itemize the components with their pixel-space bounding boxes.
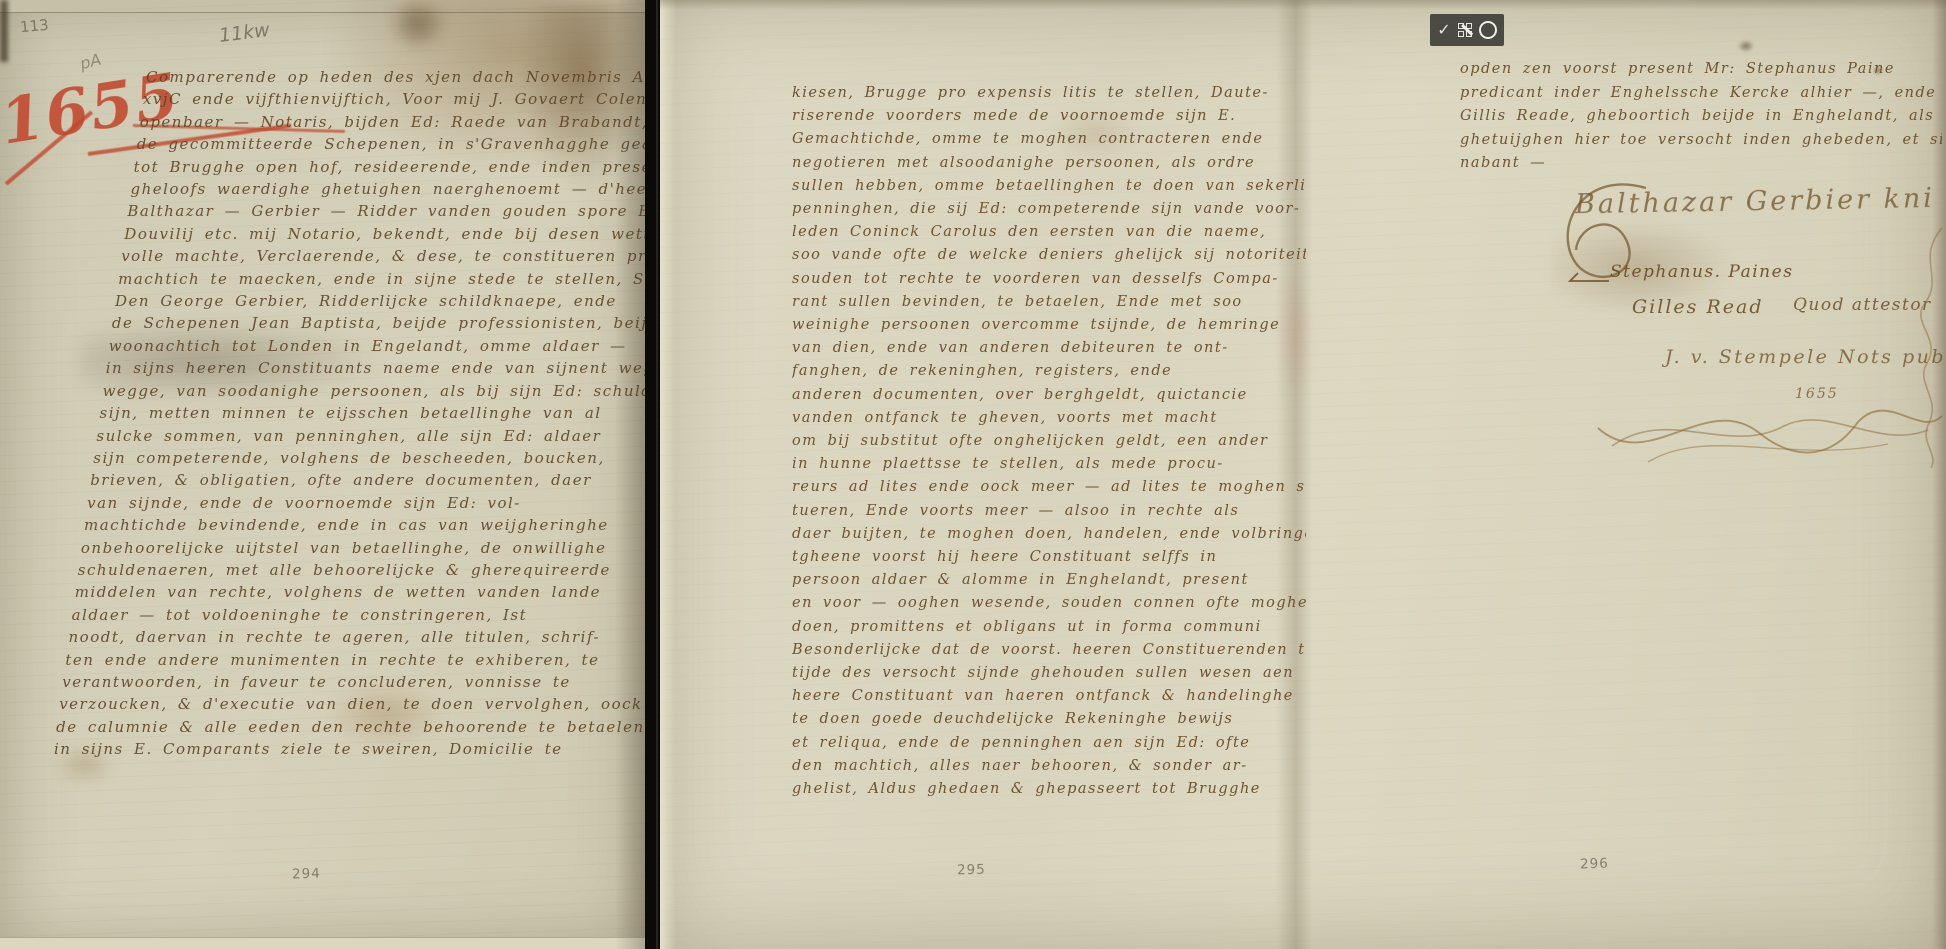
manuscript-line: et reliqua, ende de penninghen aen sijn … bbox=[792, 732, 1306, 755]
manuscript-line: in sijns heeren Constituants naeme ende … bbox=[106, 357, 645, 379]
signature-notary: J. v. Stempele Nots publ bbox=[1665, 346, 1946, 368]
manuscript-line: brieven, & obligatien, ofte andere docum… bbox=[90, 469, 645, 491]
signature-dash-flourish bbox=[1563, 270, 1611, 286]
handwritten-text-block: kiesen, Brugge pro expensis litis te ste… bbox=[792, 82, 1306, 817]
manuscript-line: tijde des versocht sijnde ghehouden sull… bbox=[792, 662, 1306, 685]
page-top-edge bbox=[0, 0, 645, 13]
signature-gilles-read: Gilles Read bbox=[1632, 296, 1763, 318]
manuscript-line: Douvilij etc. mij Notario, bekendt, ende… bbox=[124, 223, 645, 245]
manuscript-photo: 113 pA 11kw 1655 Comparerende op heden d… bbox=[0, 0, 1946, 949]
manuscript-line: opden zen voorst present Mr: Stephanus P… bbox=[1460, 58, 1942, 82]
manuscript-line: woonachtich tot Londen in Engelandt, omm… bbox=[109, 335, 645, 357]
page-right-edge-shadow bbox=[1932, 0, 1946, 949]
manuscript-line: ten ende andere munimenten in rechte te … bbox=[65, 649, 645, 671]
manuscript-line: aldaer — tot voldoeninghe te constringer… bbox=[72, 604, 645, 626]
manuscript-line: souden tot rechte te voorderen van desse… bbox=[792, 268, 1306, 291]
manuscript-line: middelen van rechte, volghens de wetten … bbox=[75, 581, 645, 603]
manuscript-line: xvjC ende vijfthienvijftich, Voor mij J.… bbox=[143, 88, 645, 110]
manuscript-line: reurs ad lites ende oock meer — ad lites… bbox=[792, 476, 1306, 499]
manuscript-line: in sijns E. Comparants ziele te sweiren,… bbox=[54, 738, 645, 760]
manuscript-line: verzoucken, & d'executie van dien, te do… bbox=[59, 693, 645, 715]
manuscript-line: openbaer — Notaris, bijden Ed: Raede van… bbox=[140, 111, 645, 133]
ink-edge-stain bbox=[0, 0, 8, 62]
manuscript-line: sijn competerende, volghens de bescheede… bbox=[93, 447, 645, 469]
manuscript-line: tgheene voorst hij heere Constituant sel… bbox=[792, 546, 1306, 569]
manuscript-line: om bij substitut ofte onghelijcken geldt… bbox=[792, 430, 1306, 453]
manuscript-line: van sijnde, ende de voornoemde sijn Ed: … bbox=[87, 492, 645, 514]
manuscript-line: rant sullen bevinden, te betaelen, Ende … bbox=[792, 291, 1306, 314]
handwritten-text-block: Comparerende op heden des xjen dach Nove… bbox=[40, 66, 645, 778]
manuscript-line: ghelist, Aldus ghedaen & ghepasseert tot… bbox=[792, 778, 1306, 801]
manuscript-line: doen, promittens et obligans ut in forma… bbox=[792, 616, 1306, 639]
manuscript-line: de calumnie & alle eeden den rechte beho… bbox=[56, 716, 645, 738]
manuscript-pages-295-296: kiesen, Brugge pro expensis litis te ste… bbox=[660, 0, 1946, 949]
check-icon: ✓ bbox=[1437, 22, 1450, 38]
page-bottom-edge bbox=[0, 937, 645, 949]
manuscript-line: Balthazar — Gerbier — Ridder vanden goud… bbox=[127, 200, 645, 222]
fox-spot bbox=[1738, 40, 1754, 52]
manuscript-line: Comparerende op heden des xjen dach Nove… bbox=[146, 66, 645, 88]
deckle-edge bbox=[660, 0, 676, 949]
manuscript-line: Gemachtichde, omme te moghen contractere… bbox=[792, 128, 1306, 151]
manuscript-line: wegge, van soodanighe persoonen, als bij… bbox=[103, 380, 645, 402]
manuscript-line: nabant — bbox=[1460, 152, 1942, 176]
manuscript-line: verantwoorden, in faveur te concluderen,… bbox=[62, 671, 645, 693]
manuscript-line: Besonderlijcke dat de voorst. heeren Con… bbox=[792, 639, 1306, 662]
manuscript-line: de gecommitteerde Schepenen, in s'Graven… bbox=[137, 133, 645, 155]
archival-folio-number-pencil: 113 bbox=[19, 16, 49, 36]
manuscript-line: riserende voorders mede de voornoemde si… bbox=[792, 105, 1306, 128]
manuscript-line: en voor — ooghen wesende, souden connen … bbox=[792, 592, 1306, 615]
gutter-shadow bbox=[615, 0, 645, 949]
manuscript-line: sulcke sommen, van penninghen, alle sijn… bbox=[96, 425, 645, 447]
manuscript-line: Gillis Reade, gheboortich beijde in Engh… bbox=[1460, 105, 1942, 129]
folio-number-296: 296 bbox=[1580, 856, 1609, 873]
manuscript-line: weinighe persoonen overcomme tsijnde, de… bbox=[792, 314, 1306, 337]
signature-balthazar-gerbier: Balthazar Gerbier kni bbox=[1575, 183, 1946, 220]
manuscript-line: in hunne plaettsse te stellen, als mede … bbox=[792, 453, 1306, 476]
manuscript-line: soo vande ofte de welcke deniers ghelijc… bbox=[792, 244, 1306, 267]
manuscript-line: tueren, Ende voorts meer — alsoo in rech… bbox=[792, 500, 1306, 523]
manuscript-line: machtich te maecken, ende in sijne stede… bbox=[118, 268, 645, 290]
pencil-note: 11kw bbox=[218, 19, 271, 47]
signature-stephanus-paine: Stephanus. Paines bbox=[1610, 262, 1793, 282]
manuscript-line: de Schepenen Jean Baptista, beijde profe… bbox=[112, 312, 645, 334]
manuscript-line: kiesen, Brugge pro expensis litis te ste… bbox=[792, 82, 1306, 105]
prohibition-icon bbox=[1479, 21, 1497, 39]
viewer-toolbar: ✓ bbox=[1430, 14, 1504, 46]
manuscript-line: anderen documenten, over berghgeldt, qui… bbox=[792, 384, 1306, 407]
manuscript-line: onbehoorelijcke uijtstel van betaellingh… bbox=[81, 537, 645, 559]
manuscript-line: tot Brugghe open hof, resideerende, ende… bbox=[134, 156, 645, 178]
manuscript-line: persoon aldaer & alomme in Enghelandt, p… bbox=[792, 569, 1306, 592]
manuscript-line: machtichde bevindende, ende in cas van w… bbox=[84, 514, 645, 536]
handwritten-text-block: opden zen voorst present Mr: Stephanus P… bbox=[1460, 58, 1942, 183]
manuscript-line: te doen goede deuchdelijcke Rekeninghe b… bbox=[792, 708, 1306, 731]
manuscript-line: vanden ontfanck te gheven, voorts met ma… bbox=[792, 407, 1306, 430]
folio-number-295: 295 bbox=[957, 862, 986, 878]
manuscript-line: ghetuijghen hier toe versocht inden gheb… bbox=[1460, 129, 1942, 153]
binding-gutter bbox=[645, 0, 660, 949]
manuscript-line: fanghen, de rekeninghen, registers, ende bbox=[792, 360, 1306, 383]
manuscript-line: den machtich, alles naer behooren, & son… bbox=[792, 755, 1306, 778]
manuscript-page-294: 113 pA 11kw 1655 Comparerende op heden d… bbox=[0, 0, 645, 949]
approve-button[interactable]: ✓ bbox=[1437, 22, 1450, 38]
folio-number-294: 294 bbox=[292, 866, 321, 883]
manuscript-line: gheloofs waerdighe ghetuighen naerghenoe… bbox=[131, 178, 646, 200]
manuscript-line: heere Constituant van haeren ontfanck & … bbox=[792, 685, 1306, 708]
manuscript-line: negotieren met alsoodanighe persoonen, a… bbox=[792, 152, 1306, 175]
manuscript-line: schuldenaeren, met alle behoorelijcke & … bbox=[78, 559, 645, 581]
manuscript-line: Den George Gerbier, Ridderlijcke schildk… bbox=[115, 290, 645, 312]
manuscript-line: van dien, ende van anderen debiteuren te… bbox=[792, 337, 1306, 360]
notarial-flourish-loops bbox=[1588, 386, 1946, 474]
manuscript-line: volle machte, Verclaerende, & dese, te c… bbox=[121, 245, 645, 267]
manuscript-line: noodt, daervan in rechte te ageren, alle… bbox=[69, 626, 646, 648]
manuscript-line: sijn, metten minnen te eijsschen betaell… bbox=[100, 402, 646, 424]
manuscript-line: daer buijten, te moghen doen, handelen, … bbox=[792, 523, 1306, 546]
manuscript-line: leden Coninck Carolus den eersten van di… bbox=[792, 221, 1306, 244]
manuscript-line: sullen hebben, omme betaellinghen te doe… bbox=[792, 175, 1306, 198]
manuscript-line: penninghen, die sij Ed: competerende sij… bbox=[792, 198, 1306, 221]
reject-button[interactable] bbox=[1479, 21, 1497, 39]
manuscript-line: predicant inder Enghelssche Kercke alhie… bbox=[1460, 82, 1942, 106]
